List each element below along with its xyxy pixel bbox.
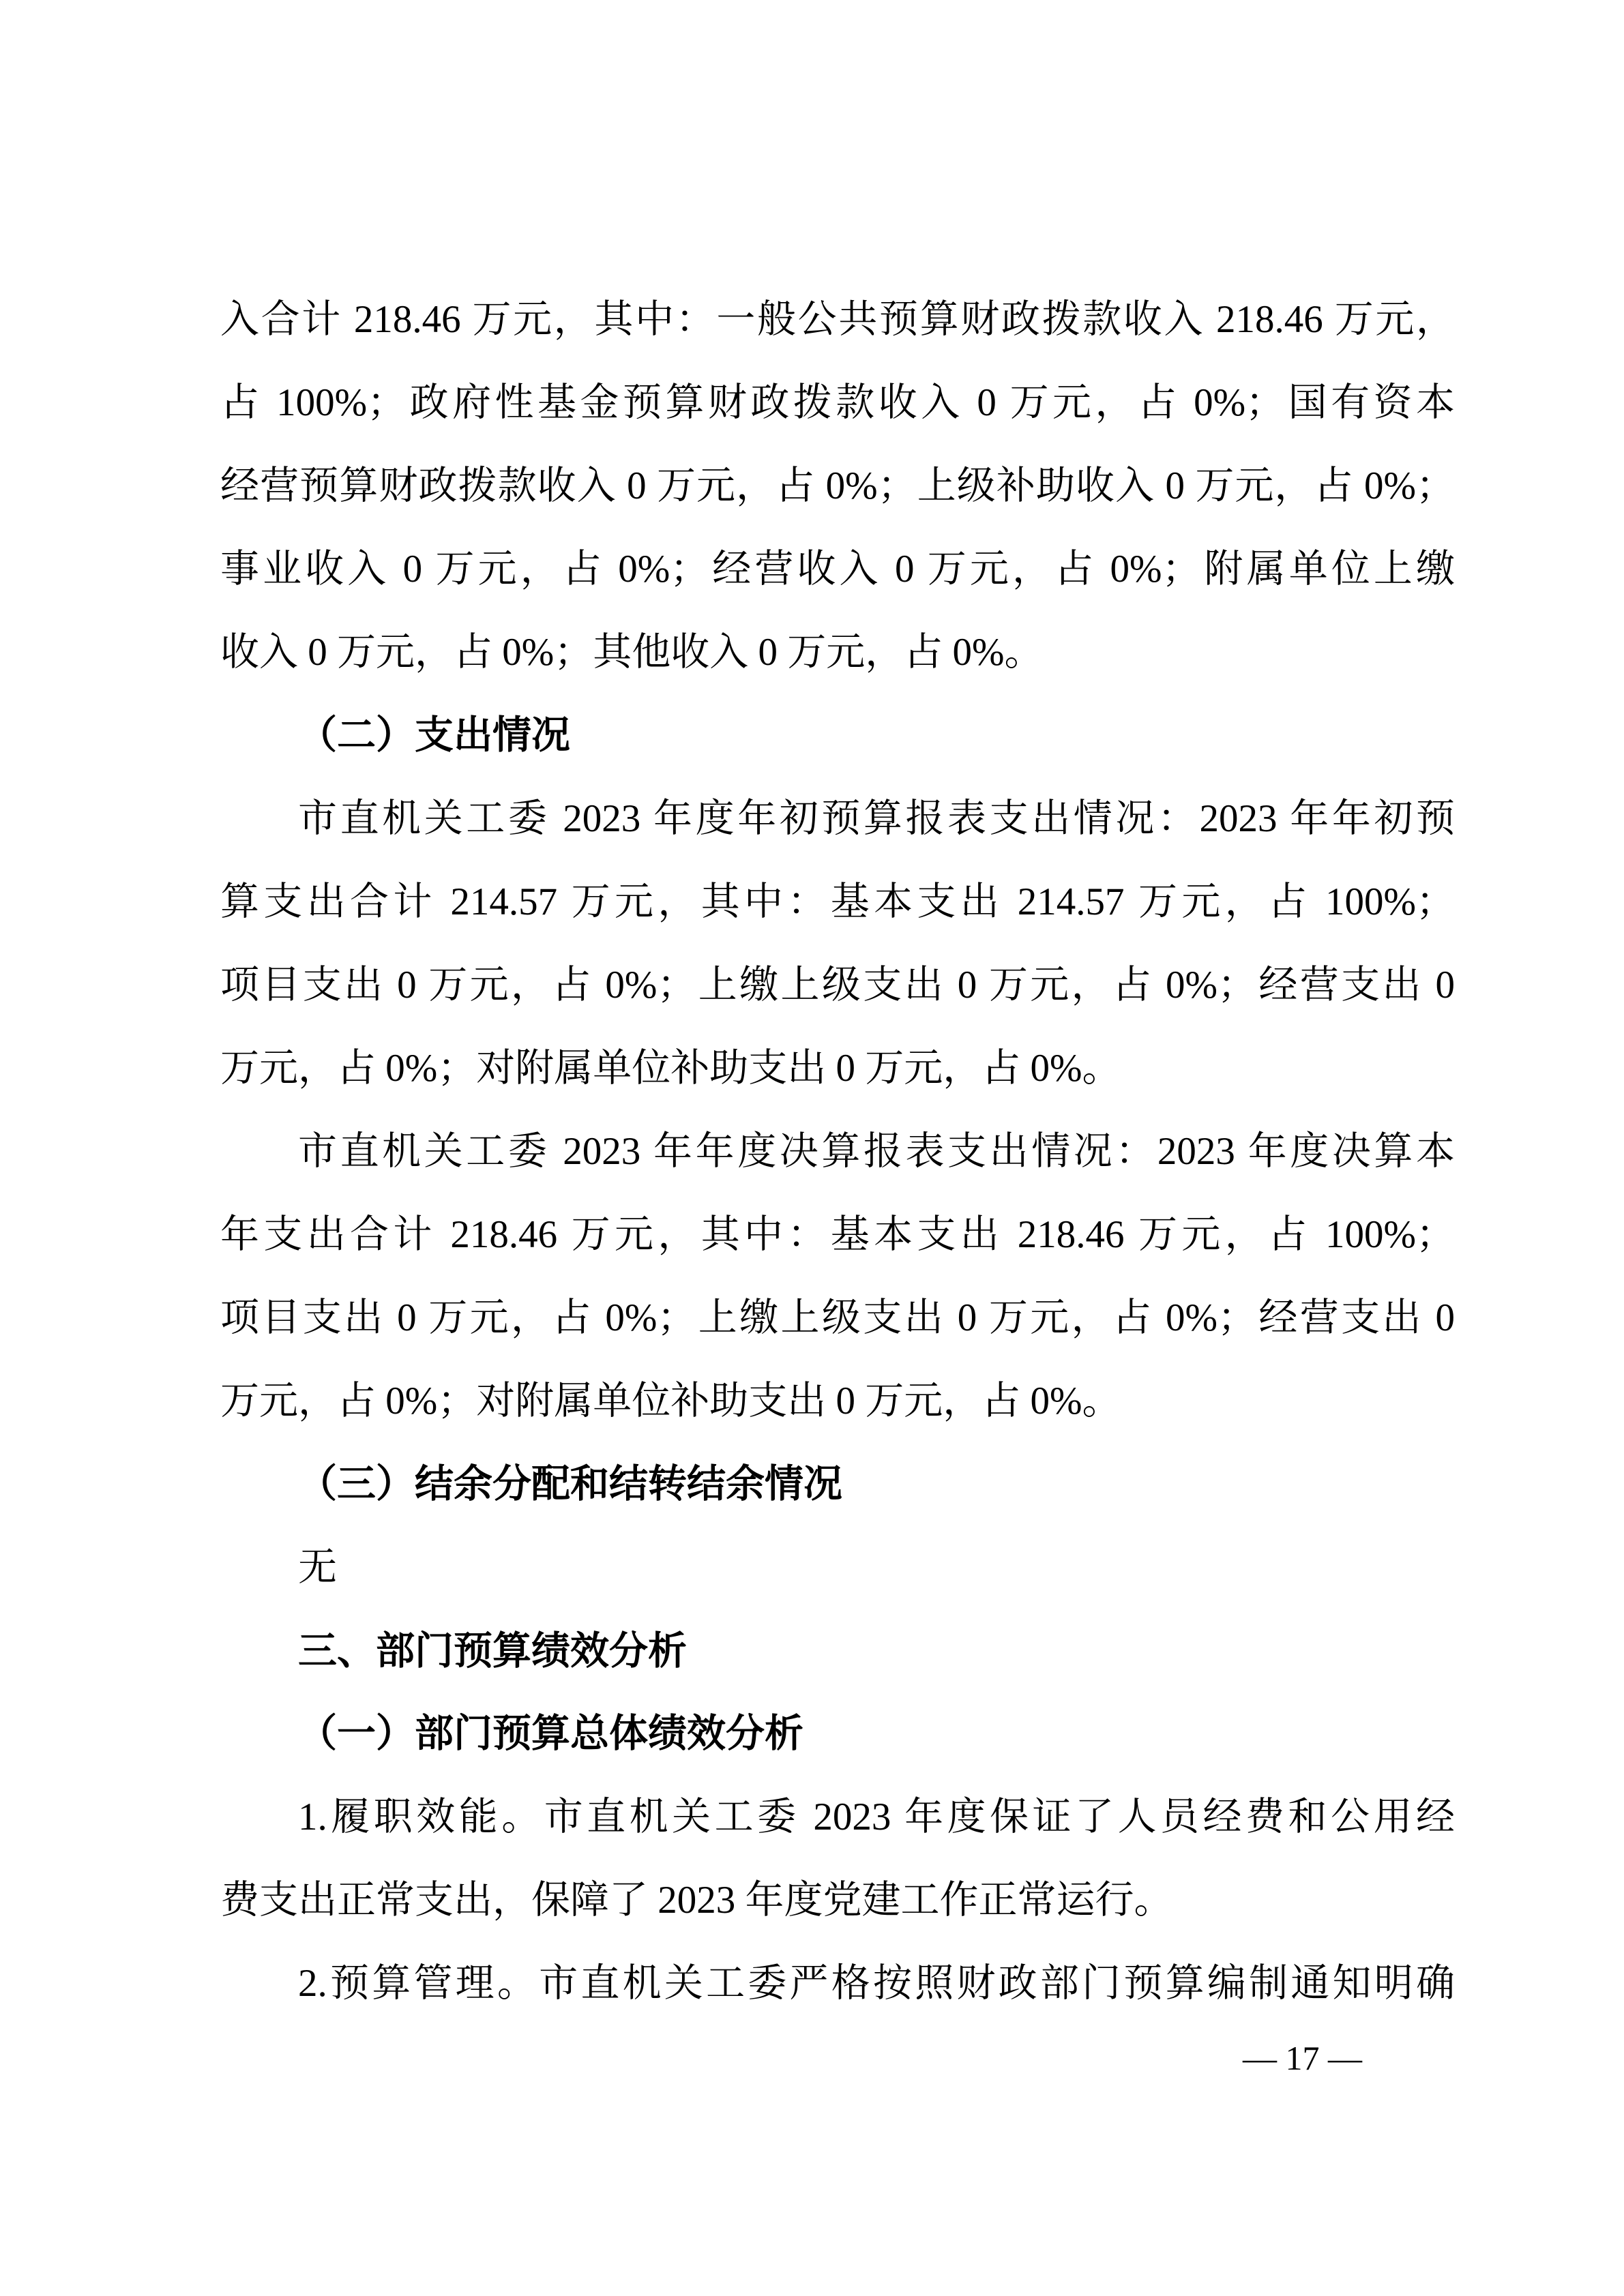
body-line: 事业收入 0 万元，占 0%；经营收入 0 万元，占 0%；附属单位上缴 [220,528,1455,611]
body-line: 万元，占 0%；对附属单位补助支出 0 万元，占 0%。 [220,1027,1455,1110]
body-line: 2.预算管理。市直机关工委严格按照财政部门预算编制通知明确 [220,1942,1455,2025]
body-line: 项目支出 0 万元，占 0%；上缴上级支出 0 万元，占 0%；经营支出 0 [220,944,1455,1027]
body-line: 算支出合计 214.57 万元，其中：基本支出 214.57 万元，占 100%… [220,861,1455,944]
body-line: 项目支出 0 万元，占 0%；上缴上级支出 0 万元，占 0%；经营支出 0 [220,1277,1455,1360]
body-line-none: 无 [220,1526,1455,1609]
body-line: 市直机关工委 2023 年度年初预算报表支出情况：2023 年年初预 [220,777,1455,861]
subsection-heading-overall-performance: （一）部门预算总体绩效分析 [220,1693,1455,1776]
document-page: 入合计 218.46 万元，其中：一般公共预算财政拨款收入 218.46 万元，… [0,0,1624,2296]
body-line: 年支出合计 218.46 万元，其中：基本支出 218.46 万元，占 100%… [220,1193,1455,1277]
page-number: — 17 — [1243,2038,1362,2078]
section-heading-performance-analysis: 三、部门预算绩效分析 [220,1609,1455,1693]
body-line: 市直机关工委 2023 年年度决算报表支出情况：2023 年度决算本 [220,1110,1455,1193]
body-line: 万元，占 0%；对附属单位补助支出 0 万元，占 0%。 [220,1360,1455,1443]
body-line: 占 100%；政府性基金预算财政拨款收入 0 万元，占 0%；国有资本 [220,361,1455,445]
body-line: 1.履职效能。市直机关工委 2023 年度保证了人员经费和公用经 [220,1776,1455,1859]
body-line: 入合计 218.46 万元，其中：一般公共预算财政拨款收入 218.46 万元， [220,278,1455,361]
body-line: 经营预算财政拨款收入 0 万元，占 0%；上级补助收入 0 万元，占 0%； [220,445,1455,528]
subsection-heading-carryover: （三）结余分配和结转结余情况 [220,1443,1455,1526]
body-line: 收入 0 万元，占 0%；其他收入 0 万元，占 0%。 [220,611,1455,694]
body-line: 费支出正常支出，保障了 2023 年度党建工作正常运行。 [220,1859,1455,1942]
subsection-heading-expenditure: （二）支出情况 [220,694,1455,777]
document-text-block: 入合计 218.46 万元，其中：一般公共预算财政拨款收入 218.46 万元，… [220,278,1455,2025]
